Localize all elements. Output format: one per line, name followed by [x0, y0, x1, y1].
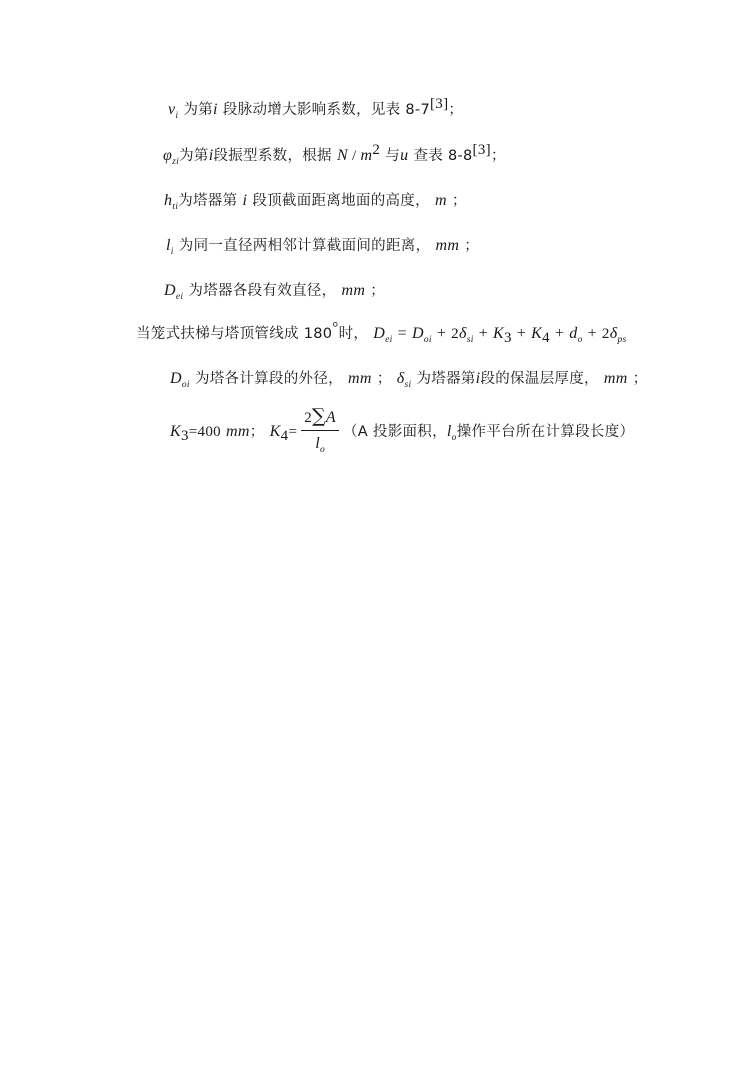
- formula-term-D-oi: Doi: [412, 325, 432, 342]
- plus-sign: +: [479, 325, 488, 342]
- note-text: （A 投影面积，: [343, 424, 447, 440]
- note-text: 操作平台所在计算段长度）: [457, 424, 635, 440]
- text: 段顶截面距离地面的高度，: [252, 193, 430, 209]
- variable-u: u: [400, 147, 408, 164]
- punctuation: ；: [370, 283, 385, 299]
- symbol-nu: vi: [168, 101, 178, 118]
- unit: mm: [226, 423, 250, 440]
- unit: mm: [435, 237, 459, 254]
- plus-sign: +: [517, 325, 526, 342]
- definition-D-ei: Dei 为塔器各段有效直径， mm ；: [164, 280, 385, 301]
- unit: m: [435, 192, 447, 209]
- unit: mm: [604, 370, 628, 387]
- symbol-D-oi: Doi: [170, 370, 190, 387]
- formula-term-delta-si: δsi: [459, 325, 474, 342]
- definition-phi: φzi为第i段振型系数，根据 N / m2 与u 查表 8-8[3]；: [163, 145, 506, 166]
- unit: mm: [348, 370, 372, 387]
- definition-nu: vi 为第i 段脉动增大影响系数，见表 8-7[3]；: [168, 99, 463, 120]
- symbol-D-ei: Dei: [164, 282, 183, 299]
- plus-sign: +: [555, 325, 564, 342]
- symbol-phi: φzi: [163, 147, 179, 164]
- k-values: K3=400 mm； K4=2∑Alo（A 投影面积，lo操作平台所在计算段长度…: [170, 408, 634, 456]
- fraction-denominator: lo: [301, 431, 339, 454]
- text: 段振型系数，根据: [213, 148, 331, 164]
- variable-i: i: [242, 192, 247, 209]
- variable-i: i: [213, 101, 218, 118]
- citation: [3]: [473, 142, 491, 158]
- definition-D-oi-delta-si: Doi 为塔各计算段的外径， mm ； δsi 为塔器第i段的保温层厚度， mm…: [170, 368, 648, 389]
- formula-term-d-o: do: [569, 325, 582, 342]
- symbol-K4: K4: [270, 423, 289, 440]
- text: 为第: [179, 148, 209, 164]
- text: 为同一直径两相邻计算截面间的距离，: [179, 238, 431, 254]
- formula-term-delta-ps: δps: [610, 325, 627, 342]
- definition-h: hti为塔器第 i 段顶截面距离地面的高度， m ；: [164, 190, 467, 211]
- text: 与: [385, 148, 400, 164]
- document-page: vi 为第i 段脉动增大影响系数，见表 8-7[3]； φzi为第i段振型系数，…: [0, 0, 756, 1070]
- punctuation: ；: [633, 371, 648, 387]
- punctuation: ；: [448, 102, 463, 118]
- text: 当笼式扶梯与塔顶管线成 180: [136, 326, 332, 342]
- equals-sign: =: [398, 325, 407, 342]
- ladder-condition-formula: 当笼式扶梯与塔顶管线成 180°时， Dei=Doi+2δsi+K3+K4+do…: [136, 323, 627, 344]
- text: 为第: [183, 102, 213, 118]
- punctuation: ；: [464, 238, 479, 254]
- symbol-l: li: [166, 237, 174, 254]
- coefficient: 2: [451, 326, 459, 342]
- fraction-numerator: 2∑A: [301, 406, 339, 431]
- punctuation: ；: [452, 193, 467, 209]
- k3-value: =400: [189, 424, 221, 440]
- citation: [3]: [430, 96, 448, 112]
- equals-sign: =: [288, 424, 297, 440]
- text: 为塔器各段有效直径，: [188, 283, 336, 299]
- plus-sign: +: [437, 325, 446, 342]
- coefficient: 2: [602, 326, 610, 342]
- note-variable-l-o: lo: [447, 423, 457, 440]
- punctuation: ；: [491, 148, 506, 164]
- formula-term-K3: K3: [493, 325, 512, 342]
- formula-lhs: Dei: [373, 325, 392, 342]
- text: 为塔器第: [416, 371, 475, 387]
- symbol-K3: K3: [170, 423, 189, 440]
- sigma-icon: ∑: [312, 405, 326, 427]
- text: 段脉动增大影响系数，见表 8-7: [223, 102, 430, 118]
- unit: mm: [341, 282, 365, 299]
- definition-l: li 为同一直径两相邻计算截面间的距离， mm ；: [166, 235, 479, 256]
- symbol-h: hti: [164, 192, 178, 209]
- fraction: 2∑Alo: [301, 406, 339, 454]
- text: 为塔器第: [178, 193, 237, 209]
- symbol-delta-si: δsi: [397, 370, 412, 387]
- variable-m-squared: m2: [361, 147, 381, 164]
- plus-sign: +: [588, 325, 597, 342]
- formula-term-K4: K4: [531, 325, 550, 342]
- punctuation: ；: [250, 424, 265, 440]
- punctuation: ；: [377, 371, 392, 387]
- text: 时，: [339, 326, 369, 342]
- text: 为塔各计算段的外径，: [195, 371, 343, 387]
- text: 查表 8-8: [413, 148, 472, 164]
- variable-N: N: [337, 147, 348, 164]
- slash: /: [348, 148, 361, 164]
- text: 段的保温层厚度，: [480, 371, 598, 387]
